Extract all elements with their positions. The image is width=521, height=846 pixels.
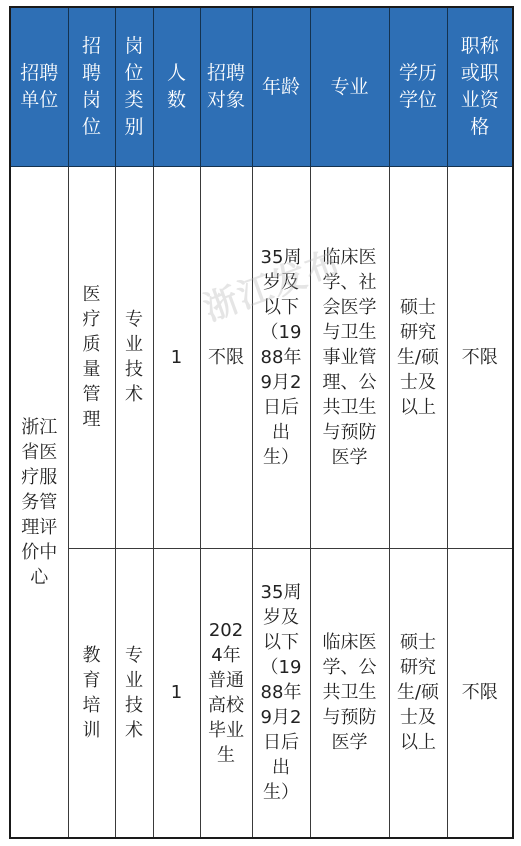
- table-row: 浙江省医疗服务管理评价中心 医疗质量管理 专业技术 1 不限 35周岁及以下（1…: [10, 167, 513, 549]
- recruitment-table: 招聘单位 招聘岗位 岗位类别 人数 招聘对象 年龄 专业 学历学位 职称或职业资…: [9, 6, 514, 839]
- cell-position: 教育培训: [68, 548, 115, 838]
- cell-target: 2024年普通高校毕业生: [200, 548, 252, 838]
- cell-education: 硕士研究生/硕士及以上: [389, 167, 447, 549]
- header-position: 招聘岗位: [68, 7, 115, 167]
- cell-count: 1: [153, 167, 200, 549]
- cell-age: 35周岁及以下（1988年9月2日后出生）: [252, 167, 310, 549]
- cell-qualification: 不限: [447, 167, 513, 549]
- header-qualification: 职称或职业资格: [447, 7, 513, 167]
- header-count: 人数: [153, 7, 200, 167]
- header-row: 招聘单位 招聘岗位 岗位类别 人数 招聘对象 年龄 专业 学历学位 职称或职业资…: [10, 7, 513, 167]
- cell-education: 硕士研究生/硕士及以上: [389, 548, 447, 838]
- cell-count: 1: [153, 548, 200, 838]
- cell-major: 临床医学、公共卫生与预防医学: [310, 548, 389, 838]
- cell-major: 临床医学、社会医学与卫生事业管理、公共卫生与预防医学: [310, 167, 389, 549]
- cell-category: 专业技术: [115, 167, 153, 549]
- cell-qualification: 不限: [447, 548, 513, 838]
- cell-age: 35周岁及以下（1988年9月2日后出生）: [252, 548, 310, 838]
- header-age: 年龄: [252, 7, 310, 167]
- header-major: 专业: [310, 7, 389, 167]
- header-education: 学历学位: [389, 7, 447, 167]
- table-row: 教育培训 专业技术 1 2024年普通高校毕业生 35周岁及以下（1988年9月…: [10, 548, 513, 838]
- header-unit: 招聘单位: [10, 7, 68, 167]
- header-category: 岗位类别: [115, 7, 153, 167]
- cell-category: 专业技术: [115, 548, 153, 838]
- cell-target: 不限: [200, 167, 252, 549]
- header-target: 招聘对象: [200, 7, 252, 167]
- cell-unit: 浙江省医疗服务管理评价中心: [10, 167, 68, 839]
- cell-position: 医疗质量管理: [68, 167, 115, 549]
